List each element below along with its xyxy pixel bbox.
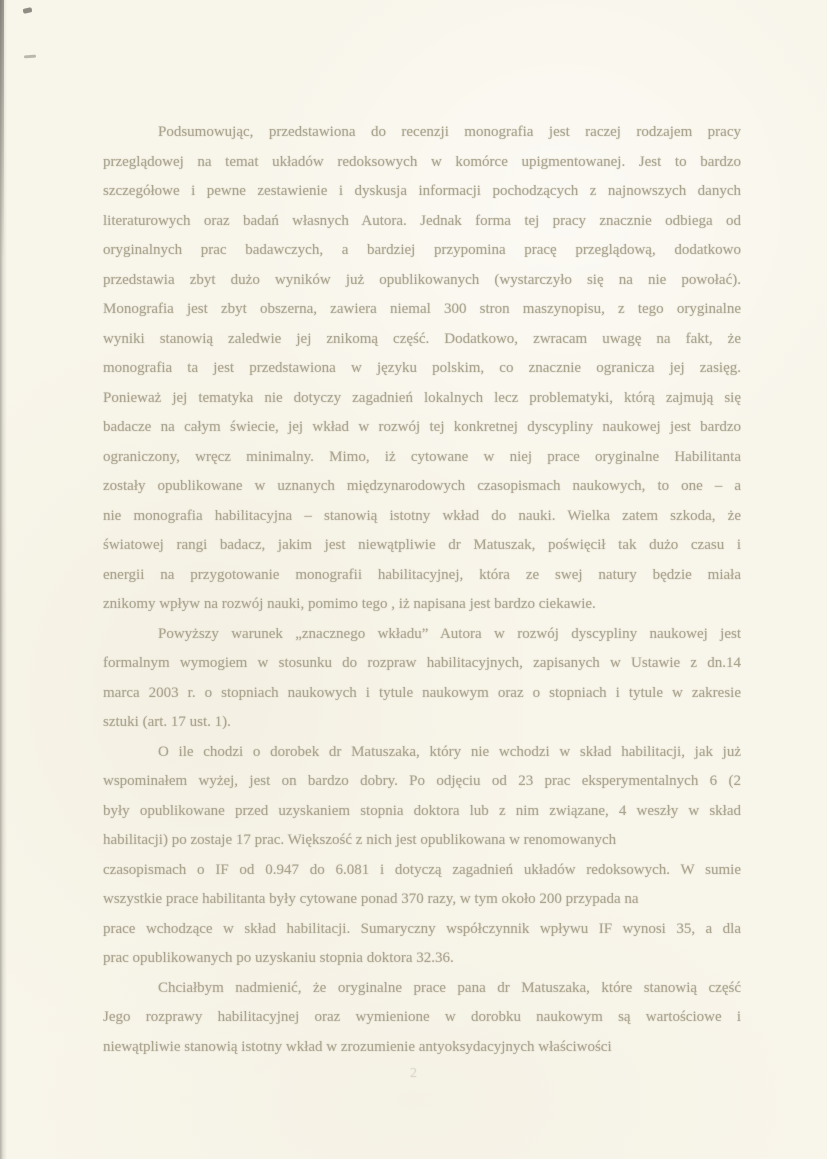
text-line: nie monografia habilitacyjna – stanowią … — [103, 502, 741, 532]
text-line: szczegółowe i pewne zestawienie i dyskus… — [103, 177, 741, 207]
text-line: czasopismach o IF od 0.947 do 6.081 i do… — [103, 856, 741, 886]
text-line: oryginalnych prac badawczych, a bardziej… — [103, 236, 741, 266]
text-line: zostały opublikowane w uznanych międzyna… — [103, 472, 741, 502]
text-line: badacze na całym świecie, jej wkład w ro… — [103, 413, 741, 443]
text-line: Monografia jest zbyt obszerna, zawiera n… — [103, 295, 741, 325]
text-line: Powyższy warunek „znacznego wkładu” Auto… — [103, 620, 741, 650]
text-line: monografia ta jest przedstawiona w język… — [103, 354, 741, 384]
text-line: światowej rangi badacz, jakim jest niewą… — [103, 531, 741, 561]
scanned-page: { "page": { "page_number": "2", "paper_c… — [0, 0, 827, 1159]
document-text: Podsumowując, przedstawiona do recenzji … — [103, 118, 741, 1062]
text-line: znikomy wpływ na rozwój nauki, pomimo te… — [103, 590, 741, 620]
paragraph: Powyższy warunek „znacznego wkładu” Auto… — [103, 620, 741, 738]
text-line: Podsumowując, przedstawiona do recenzji … — [103, 118, 741, 148]
text-line: przeglądowej na temat układów redoksowyc… — [103, 148, 741, 178]
text-line: formalnym wymogiem w stosunku do rozpraw… — [103, 649, 741, 679]
text-line: były opublikowane przed uzyskaniem stopn… — [103, 797, 741, 827]
text-line: Ponieważ jej tematyka nie dotyczy zagadn… — [103, 384, 741, 414]
text-line: marca 2003 r. o stopniach naukowych i ty… — [103, 679, 741, 709]
text-line: wyniki stanowią zaledwie jej znikomą czę… — [103, 325, 741, 355]
text-line: habilitacji) po zostaje 17 prac. Większo… — [103, 826, 741, 856]
paragraph: O ile chodzi o dorobek dr Matuszaka, któ… — [103, 738, 741, 974]
scan-edge-left — [0, 0, 7, 1159]
text-line: Jego rozprawy habilitacyjnej oraz wymien… — [103, 1003, 741, 1033]
scan-speck-1 — [23, 7, 33, 14]
text-line: Chciałbym nadmienić, że oryginalne prace… — [103, 974, 741, 1004]
text-line: sztuki (art. 17 ust. 1). — [103, 708, 741, 738]
text-line: O ile chodzi o dorobek dr Matuszaka, któ… — [103, 738, 741, 768]
text-line: wspominałem wyżej, jest on bardzo dobry.… — [103, 767, 741, 797]
text-line: wszystkie prace habilitanta były cytowan… — [103, 885, 741, 915]
text-line: niewątpliwie stanowią istotny wkład w zr… — [103, 1033, 741, 1063]
text-line: literaturowych oraz badań własnych Autor… — [103, 207, 741, 237]
text-line: przedstawia zbyt dużo wyników już opubli… — [103, 266, 741, 296]
paragraph: Chciałbym nadmienić, że oryginalne prace… — [103, 974, 741, 1063]
text-line: prac opublikowanych po uzyskaniu stopnia… — [103, 944, 741, 974]
page-number: 2 — [0, 1066, 827, 1082]
paragraph: Podsumowując, przedstawiona do recenzji … — [103, 118, 741, 620]
text-line: ograniczony, wręcz minimalny. Mimo, iż c… — [103, 443, 741, 473]
scan-speck-2 — [24, 55, 36, 59]
text-line: energii na przygotowanie monografii habi… — [103, 561, 741, 591]
text-line: prace wchodzące w skład habilitacji. Sum… — [103, 915, 741, 945]
